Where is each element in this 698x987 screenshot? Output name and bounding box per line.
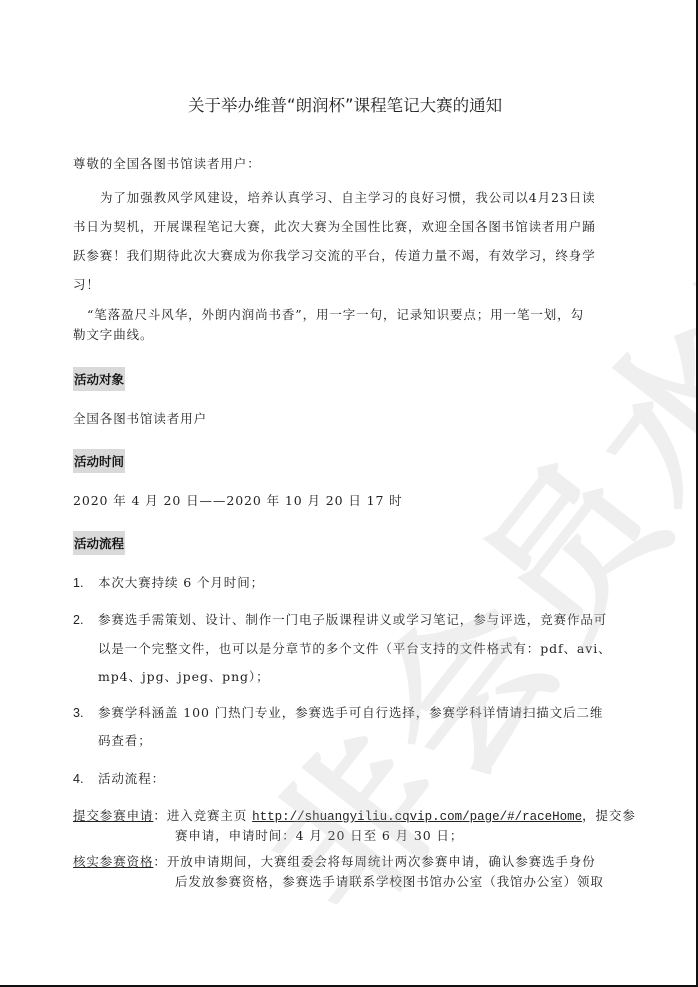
item-number: 1. xyxy=(73,575,83,591)
document-page: 非会员水印 关于举办维普“朗润杯”课程笔记大赛的通知 尊敬的全国各图书馆读者用户… xyxy=(0,0,698,987)
race-home-link[interactable]: http://shuangyiliu.cqvip.com/page/#/race… xyxy=(252,810,582,824)
document-title: 关于举办维普“朗润杯”课程笔记大赛的通知 xyxy=(188,92,502,116)
step-text: 开放申请期间，大赛组委会将每周统计两次参赛申请，确认参赛选手身份 xyxy=(167,854,596,869)
item-number: 3. xyxy=(73,705,83,721)
step-label: 核实参赛资格 xyxy=(73,854,153,869)
item-line: 参赛选手需策划、设计、制作一门电子版课程讲义或学习笔记，参与评选，竞赛作品可 xyxy=(98,605,628,634)
step-colon: ： xyxy=(153,854,166,869)
slogan-line-2: 勒文字曲线。 xyxy=(73,320,153,349)
item-line: mp4、jpg、jpeg、png）； xyxy=(98,662,628,691)
intro-line-1: 为了加强教风学风建设，培养认真学习、自主学习的良好习惯，我公司以4月23日读 xyxy=(100,183,596,212)
section-heading-process: 活动流程 xyxy=(73,531,125,555)
section-heading-time: 活动时间 xyxy=(73,449,125,473)
item-line: 以是一个完整文件，也可以是分章节的多个文件（平台支持的文件格式有：pdf、avi… xyxy=(98,634,628,663)
item-number: 4. xyxy=(73,771,83,787)
slogan-line-1: “笔落盈尺斗风华，外朗内润尚书香”，用一字一句，记录知识要点；用一笔一划，勾 xyxy=(87,300,584,329)
intro-line-3: 跃参赛！我们期待此次大赛成为你我学习交流的平台，传道力量不竭，有效学习，终身学 xyxy=(73,241,596,270)
step-text-line-2: 后发放参赛资格，参赛选手请联系学校图书馆办公室（我馆办公室）领取 xyxy=(175,873,604,890)
target-text: 全国各图书馆读者用户 xyxy=(73,404,207,433)
step-colon: ： xyxy=(153,808,166,823)
item-line: 码查看； xyxy=(98,726,628,755)
item-line: 活动流程： xyxy=(98,764,628,793)
step-text: ，提交参 xyxy=(582,808,636,823)
step-label: 提交参赛申请 xyxy=(73,808,153,823)
section-heading-target: 活动对象 xyxy=(73,367,125,391)
time-text: 2020 年 4 月 20 日——2020 年 10 月 20 日 17 时 xyxy=(73,486,403,515)
salutation: 尊敬的全国各图书馆读者用户： xyxy=(73,149,261,178)
intro-line-2: 书日为契机，开展课程笔记大赛，此次大赛为全国性比赛，欢迎全国各图书馆读者用户踊 xyxy=(73,212,596,241)
intro-line-4: 习！ xyxy=(73,270,100,299)
item-number: 2. xyxy=(73,612,83,628)
step-text: 进入竞赛主页 xyxy=(167,808,252,823)
item-line: 参赛学科涵盖 100 门热门专业，参赛选手可自行选择，参赛学科详情请扫描文后二维 xyxy=(98,698,628,727)
step-text-line-2: 赛申请，申请时间：4 月 20 日至 6 月 30 日； xyxy=(175,827,463,844)
item-line: 本次大赛持续 6 个月时间； xyxy=(98,568,628,597)
